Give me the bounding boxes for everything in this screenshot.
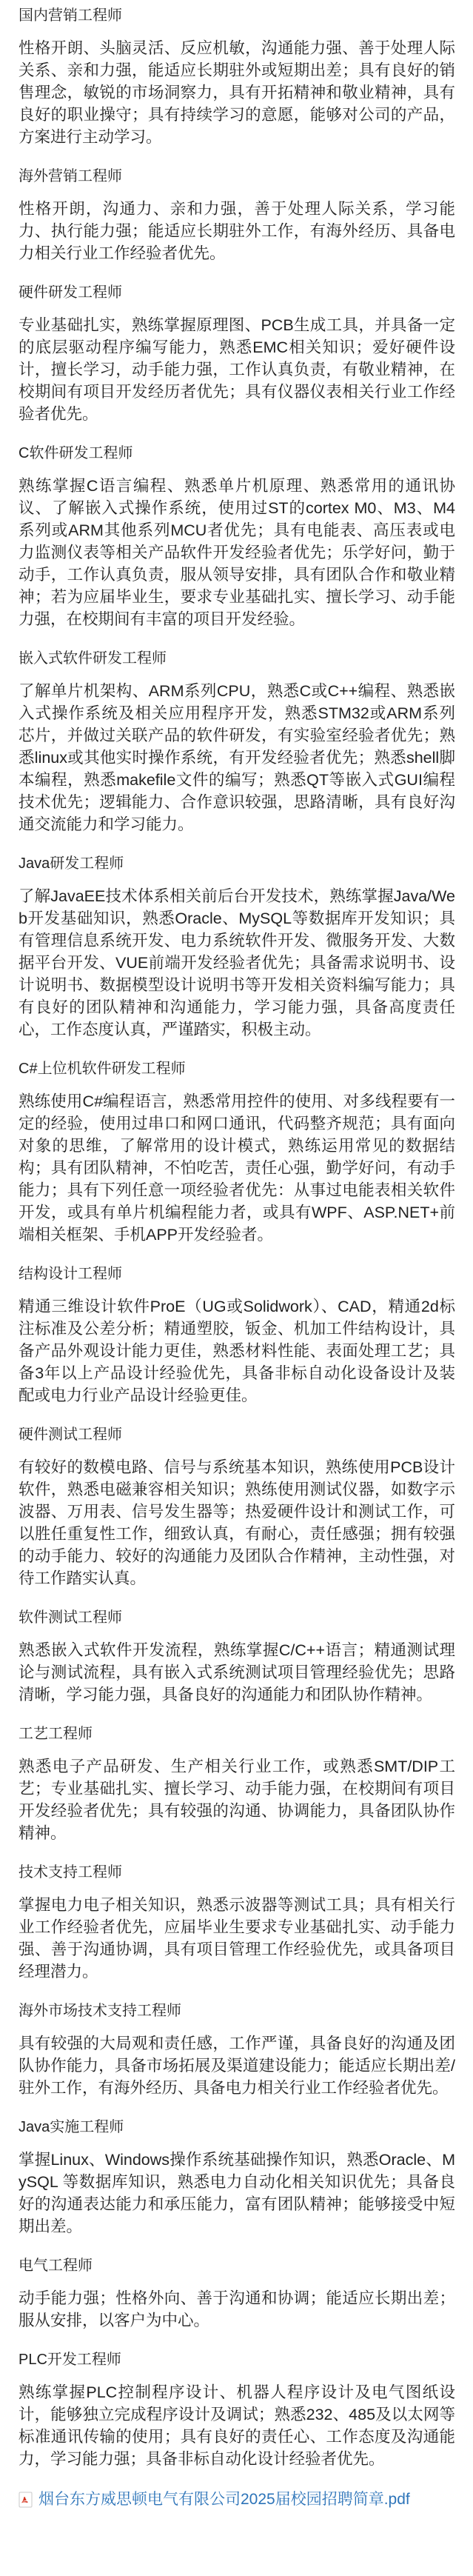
job-title: 海外营销工程师 [19, 167, 455, 186]
job-listing-page: 国内营销工程师 性格开朗、头脑灵活、反应机敏，沟通能力强、善于处理人际关系、亲和… [0, 0, 473, 2532]
job-section: Java实施工程师 掌握Linux、Windows操作系统基础操作知识，熟悉Or… [19, 2118, 455, 2238]
job-description: 掌握Linux、Windows操作系统基础操作知识，熟悉Oracle、MySQL… [19, 2149, 455, 2238]
job-title: 工艺工程师 [19, 1724, 455, 1744]
job-section: 工艺工程师 熟悉电子产品研发、生产相关行业工作，或熟悉SMT/DIP工艺；专业基… [19, 1724, 455, 1844]
job-section: 海外营销工程师 性格开朗，沟通力、亲和力强，善于处理人际关系，学习能力、执行能力… [19, 167, 455, 264]
job-description: 精通三维设计软件ProE（UG或Solidwork）、CAD，精通2d标注标准及… [19, 1295, 455, 1407]
job-description: 了解单片机架构、ARM系列CPU，熟悉C或C++编程、熟悉嵌入式操作系统及相关应… [19, 680, 455, 835]
job-description: 熟悉电子产品研发、生产相关行业工作，或熟悉SMT/DIP工艺；专业基础扎实、擅长… [19, 1755, 455, 1844]
job-title: 软件测试工程师 [19, 1608, 455, 1627]
job-section: 海外市场技术支持工程师 具有较强的大局观和责任感，工作严谨，具备良好的沟通及团队… [19, 2001, 455, 2099]
job-section: 国内营销工程师 性格开朗、头脑灵活、反应机敏，沟通能力强、善于处理人际关系、亲和… [19, 6, 455, 148]
job-section: Java研发工程师 了解JavaEE技术体系相关前后台开发技术，熟练掌握Java… [19, 854, 455, 1041]
job-section: 硬件研发工程师 专业基础扎实，熟练掌握原理图、PCB生成工具，并具备一定的底层驱… [19, 283, 455, 425]
job-section: 硬件测试工程师 有较好的数模电路、信号与系统基本知识，熟练使用PCB设计软件，熟… [19, 1425, 455, 1589]
job-description: 了解JavaEE技术体系相关前后台开发技术，熟练掌握Java/Web开发基础知识… [19, 885, 455, 1041]
job-description: 性格开朗、头脑灵活、反应机敏，沟通能力强、善于处理人际关系、亲和力强，能适应长期… [19, 37, 455, 148]
job-title: 硬件测试工程师 [19, 1425, 455, 1444]
job-section: C#上位机软件研发工程师 熟练使用C#编程语言，熟悉常用控件的使用、对多线程要有… [19, 1059, 455, 1246]
job-description: 具有较强的大局观和责任感，工作严谨，具备良好的沟通及团队协作能力，具备市场拓展及… [19, 2032, 455, 2099]
job-description: 熟练掌握C语言编程、熟悉单片机原理、熟悉常用的通讯协议、了解嵌入式操作系统，使用… [19, 475, 455, 630]
job-section: 技术支持工程师 掌握电力电子相关知识，熟悉示波器等测试工具；具有相关行业工作经验… [19, 1863, 455, 1983]
job-title: 电气工程师 [19, 2256, 455, 2275]
job-description: 有较好的数模电路、信号与系统基本知识，熟练使用PCB设计软件，熟悉电磁兼容相关知… [19, 1456, 455, 1589]
job-title: 嵌入式软件研发工程师 [19, 649, 455, 668]
pdf-file-icon [19, 2492, 33, 2508]
job-title: C#上位机软件研发工程师 [19, 1059, 455, 1078]
pdf-attachment-label[interactable]: 烟台东方威思顿电气有限公司2025届校园招聘简章.pdf [38, 2489, 410, 2510]
job-description: 掌握电力电子相关知识，熟悉示波器等测试工具；具有相关行业工作经验者优先，应届毕业… [19, 1894, 455, 1983]
job-description: 专业基础扎实，熟练掌握原理图、PCB生成工具，并具备一定的底层驱动程序编写能力，… [19, 314, 455, 425]
job-section: PLC开发工程师 熟练掌握PLC控制程序设计、机器人程序设计及电气图纸设计，能够… [19, 2350, 455, 2470]
job-title: Java实施工程师 [19, 2118, 455, 2137]
job-description: 性格开朗，沟通力、亲和力强，善于处理人际关系，学习能力、执行能力强；能适应长期驻… [19, 198, 455, 264]
job-section: 结构设计工程师 精通三维设计软件ProE（UG或Solidwork）、CAD，精… [19, 1264, 455, 1407]
job-section: C软件研发工程师 熟练掌握C语言编程、熟悉单片机原理、熟悉常用的通讯协议、了解嵌… [19, 444, 455, 630]
job-title: Java研发工程师 [19, 854, 455, 873]
job-section: 嵌入式软件研发工程师 了解单片机架构、ARM系列CPU，熟悉C或C++编程、熟悉… [19, 649, 455, 835]
job-title: 硬件研发工程师 [19, 283, 455, 302]
pdf-attachment-link[interactable]: 烟台东方威思顿电气有限公司2025届校园招聘简章.pdf [19, 2489, 455, 2510]
job-section: 软件测试工程师 熟悉嵌入式软件开发流程，熟练掌握C/C++语言；精通测试理论与测… [19, 1608, 455, 1706]
job-description: 熟练使用C#编程语言，熟悉常用控件的使用、对多线程要有一定的经验，使用过串口和网… [19, 1090, 455, 1246]
job-section: 电气工程师 动手能力强；性格外向、善于沟通和协调；能适应长期出差；服从安排，以客… [19, 2256, 455, 2332]
job-title: PLC开发工程师 [19, 2350, 455, 2369]
job-title: 国内营销工程师 [19, 6, 455, 25]
job-title: 海外市场技术支持工程师 [19, 2001, 455, 2021]
job-description: 动手能力强；性格外向、善于沟通和协调；能适应长期出差；服从安排，以客户为中心。 [19, 2287, 455, 2332]
job-title: 结构设计工程师 [19, 1264, 455, 1284]
job-description: 熟练掌握PLC控制程序设计、机器人程序设计及电气图纸设计，能够独立完成程序设计及… [19, 2381, 455, 2470]
job-title: C软件研发工程师 [19, 444, 455, 463]
job-title: 技术支持工程师 [19, 1863, 455, 1882]
job-description: 熟悉嵌入式软件开发流程，熟练掌握C/C++语言；精通测试理论与测试流程，具有嵌入… [19, 1639, 455, 1706]
